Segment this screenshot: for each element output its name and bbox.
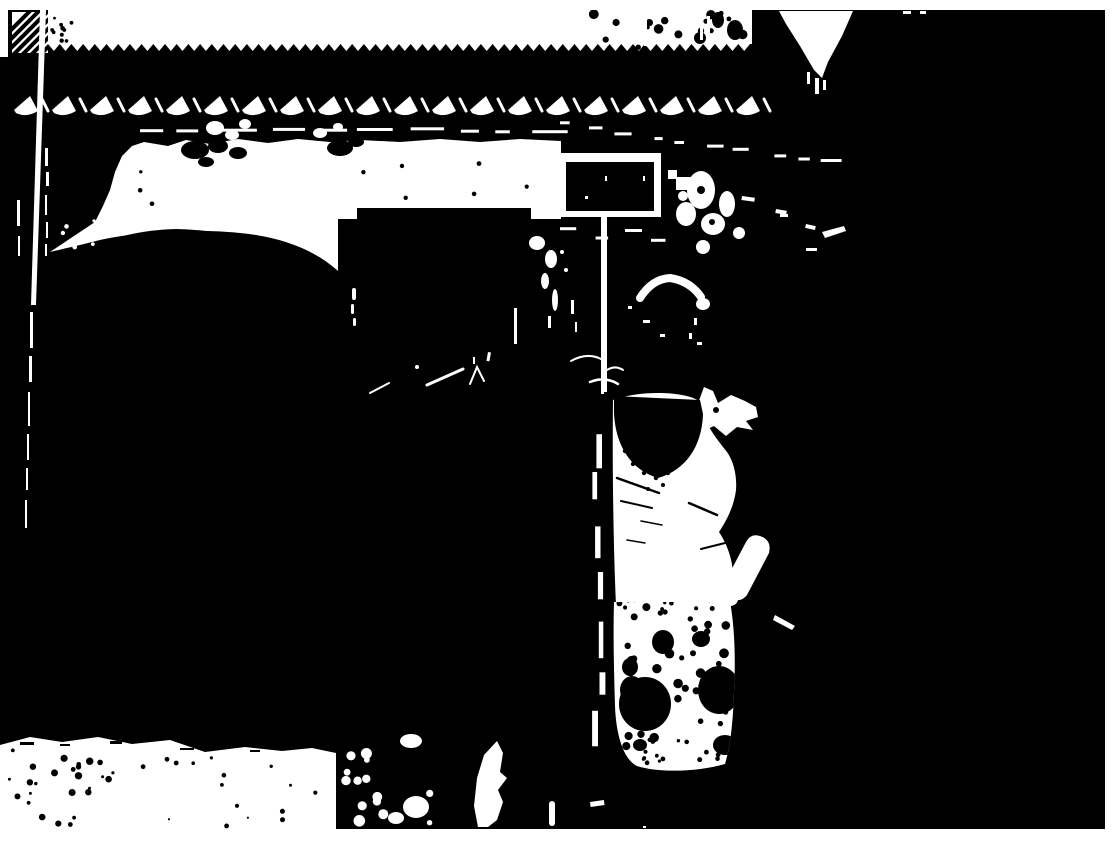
ground-speck — [174, 761, 179, 766]
sky-speck — [53, 17, 56, 20]
ground-speck — [15, 793, 21, 799]
sky-speck — [60, 33, 64, 37]
ground-speck — [165, 757, 170, 762]
rubble-blob — [364, 757, 370, 763]
spring-speck — [96, 237, 98, 239]
ground-speck — [97, 760, 103, 766]
beam-streak — [774, 154, 786, 157]
polka-dot — [679, 655, 684, 660]
ground-speck — [55, 821, 61, 827]
ground-speck — [105, 776, 112, 783]
left-wall-edge — [0, 55, 8, 747]
ground-speck — [68, 822, 73, 827]
polka-dot — [682, 685, 689, 692]
pole-lower — [604, 392, 612, 770]
beam-streak — [707, 145, 724, 148]
beam-streak — [589, 126, 603, 129]
ground-speck — [289, 784, 292, 787]
hem-speck — [644, 750, 648, 754]
trim-dot — [689, 432, 693, 436]
polka-dot — [704, 628, 710, 634]
rubble-blob — [346, 751, 355, 760]
ground-speck — [222, 773, 227, 778]
polka-dot — [690, 650, 696, 656]
ground-speck — [313, 791, 317, 795]
ground-speck — [8, 778, 11, 781]
arm-edge-dash — [596, 434, 602, 468]
polka-dot — [627, 656, 637, 666]
sky-speck — [59, 23, 63, 27]
rubble-blob — [407, 798, 419, 810]
ground-speck — [111, 771, 114, 774]
beam-streak — [273, 128, 305, 131]
arm-edge-dash — [600, 672, 606, 694]
polka-dot — [716, 661, 722, 667]
spring-speck — [91, 242, 95, 246]
light-streamer — [807, 72, 810, 84]
ground-speck — [27, 779, 33, 785]
foliage-dot — [636, 45, 641, 50]
trim-dot — [622, 416, 629, 423]
polka-dot — [658, 610, 663, 615]
photo-canvas — [0, 0, 1120, 843]
trim-dot — [668, 400, 672, 404]
hem-speck — [704, 750, 709, 755]
hem-speck — [645, 760, 650, 765]
polka-dot — [625, 643, 631, 649]
ground-speck — [191, 761, 195, 765]
sky-speck — [70, 21, 74, 25]
trim-dot — [654, 476, 658, 480]
spring-speck — [92, 219, 95, 222]
polka-dot — [696, 668, 706, 678]
binarized-photo: High-contrast 1-bit black-and-white phot… — [0, 0, 1120, 843]
beam-streak — [655, 137, 663, 140]
arm-edge-dash — [592, 711, 598, 747]
wall-speck — [404, 196, 408, 200]
polka-dot — [704, 621, 712, 629]
hem-speck — [717, 738, 721, 742]
rubble-blob — [427, 820, 432, 825]
hem-speck — [715, 757, 720, 762]
ground-speck — [69, 789, 76, 796]
spring-speck — [64, 224, 69, 229]
polka-dot — [642, 603, 650, 611]
rubble-blob — [426, 790, 433, 797]
polka-dot — [698, 718, 704, 724]
foliage-dot — [674, 30, 682, 38]
hem-speck — [642, 756, 646, 760]
ground-speck — [210, 756, 213, 759]
polka-dot — [631, 720, 638, 727]
polka-dot — [665, 649, 675, 659]
ground-speck — [11, 749, 15, 753]
beam-streak — [357, 128, 393, 131]
ground-speck — [86, 758, 93, 765]
hem-speck — [661, 757, 666, 762]
ground-speck — [76, 762, 81, 767]
sky-speck — [52, 30, 56, 34]
arm-edge-dash — [595, 526, 600, 558]
hem-speck — [684, 740, 689, 745]
beam-streak — [411, 127, 444, 130]
polka-dot — [710, 606, 715, 611]
hem-speck — [658, 760, 661, 763]
spring-speck — [75, 236, 79, 240]
pole-upper-highlight — [601, 212, 607, 394]
foliage-dot — [654, 24, 664, 34]
branch-sliver — [707, 16, 710, 40]
rubble-blob — [341, 776, 350, 785]
wall-speck — [477, 161, 482, 166]
beam-streak — [674, 141, 684, 144]
trim-dot — [642, 471, 646, 475]
margin-notch — [903, 11, 911, 14]
light-streamer — [815, 78, 819, 94]
beam-streak — [140, 129, 163, 132]
trim-dot — [626, 404, 630, 408]
waist-speck — [694, 606, 698, 610]
arm-edge-dash — [592, 472, 597, 499]
ground-speck — [141, 764, 146, 769]
rubble-blob — [358, 801, 367, 810]
wall-speck — [361, 170, 365, 174]
beam-streak — [461, 130, 479, 133]
ground-speck — [101, 775, 104, 778]
trim-dot — [623, 449, 627, 453]
wall-speck — [150, 202, 155, 207]
ground-speck — [270, 765, 273, 768]
polka-dot — [625, 732, 633, 740]
light-streamer — [823, 80, 826, 90]
ground-speck — [29, 792, 32, 795]
ground-speck — [168, 818, 170, 820]
trim-dot — [684, 447, 688, 451]
ground-speck — [85, 789, 91, 795]
plaque-speck — [625, 229, 642, 232]
rubble-blob — [362, 775, 370, 783]
polka-dot — [688, 616, 693, 621]
hem-speck — [651, 739, 656, 744]
trim-dot — [692, 418, 696, 422]
trim-dot — [666, 471, 670, 475]
polka-dot — [621, 703, 627, 709]
plaque-speck — [560, 227, 576, 230]
beam-streak — [495, 130, 510, 133]
ground-speck — [280, 817, 285, 822]
rubble-blob — [389, 814, 396, 821]
polka-dot — [673, 679, 683, 689]
hem-speck — [716, 752, 721, 757]
door-frame-shadow — [336, 749, 344, 830]
beam-streak — [176, 129, 198, 132]
ground-speck — [220, 783, 224, 787]
ground-speck — [30, 764, 36, 770]
polka-dot — [722, 621, 731, 630]
spring-speck — [61, 231, 65, 235]
foliage-dot — [661, 17, 668, 24]
polka-dot — [627, 668, 635, 676]
beam-streak — [532, 130, 567, 133]
rubble-blob — [344, 769, 351, 776]
trim-dot — [661, 483, 665, 487]
ground-speck — [27, 801, 31, 805]
hem-speck — [677, 739, 680, 742]
spring-speck — [98, 230, 102, 234]
beam-streak — [614, 132, 631, 135]
beam-streak — [821, 159, 842, 162]
foliage-blob — [727, 20, 743, 40]
waist-speck — [660, 607, 664, 611]
beam-streak — [798, 158, 809, 161]
rubble-blob — [353, 777, 361, 785]
foliage-dot — [603, 37, 609, 43]
ground-speck — [61, 755, 68, 762]
trim-dot — [681, 403, 685, 407]
rubble-blob — [378, 809, 388, 819]
ground-speck — [75, 772, 82, 779]
spring-speck — [72, 245, 77, 250]
ground-speck — [39, 814, 46, 821]
arm-edge-dash — [598, 572, 603, 599]
polka-dot — [718, 721, 723, 726]
foliage-dot — [589, 9, 599, 19]
spring-speck — [91, 237, 95, 241]
wall-speck — [138, 188, 143, 193]
polka-dot — [691, 625, 698, 632]
trim-dot — [685, 414, 692, 421]
ground-speck — [71, 767, 76, 772]
foliage-blob — [712, 12, 724, 28]
trim-dot — [640, 400, 644, 404]
polka-dot — [674, 695, 682, 703]
branch-sliver — [644, 12, 647, 46]
wall-speck — [139, 170, 142, 173]
wall-speck — [400, 164, 404, 168]
polka-dot — [631, 613, 638, 620]
trim-dot — [676, 460, 680, 464]
foliage-dot — [613, 19, 620, 26]
rubble-blob — [354, 815, 366, 827]
beam-streak — [560, 121, 570, 124]
polka-dot — [693, 687, 700, 694]
foliage-dot — [727, 17, 732, 22]
ground-speck — [235, 804, 239, 808]
ground-speck — [72, 816, 76, 820]
plaque-speck — [651, 239, 666, 242]
polka-dot — [652, 664, 661, 673]
wall-speck — [525, 185, 529, 189]
trim-dot — [654, 399, 658, 403]
ground-speck — [224, 824, 229, 829]
branch-sliver — [700, 12, 703, 40]
ground-speck — [34, 782, 37, 785]
polka-dot — [622, 742, 630, 750]
sky-speck — [60, 39, 64, 43]
ground-speck — [247, 817, 249, 819]
margin-notch — [920, 11, 926, 14]
polka-dot — [710, 669, 717, 676]
hem-speck — [697, 757, 702, 762]
polka-dot — [723, 709, 728, 714]
sky-speck — [65, 39, 69, 43]
arm-edge-dash — [599, 622, 604, 659]
hem-speck — [655, 754, 659, 758]
trim-dot — [631, 462, 635, 466]
spring-speck — [73, 242, 77, 246]
waist-speck — [623, 605, 627, 609]
beam-streak — [733, 148, 749, 151]
ground-speck — [51, 769, 58, 776]
wall-speck — [472, 192, 477, 197]
trim-dot — [618, 432, 622, 436]
ground-speck — [280, 809, 285, 814]
spring-speck — [114, 226, 118, 230]
polka-dot — [719, 648, 729, 658]
rubble-blob — [372, 792, 382, 802]
polka-dot — [637, 731, 644, 738]
